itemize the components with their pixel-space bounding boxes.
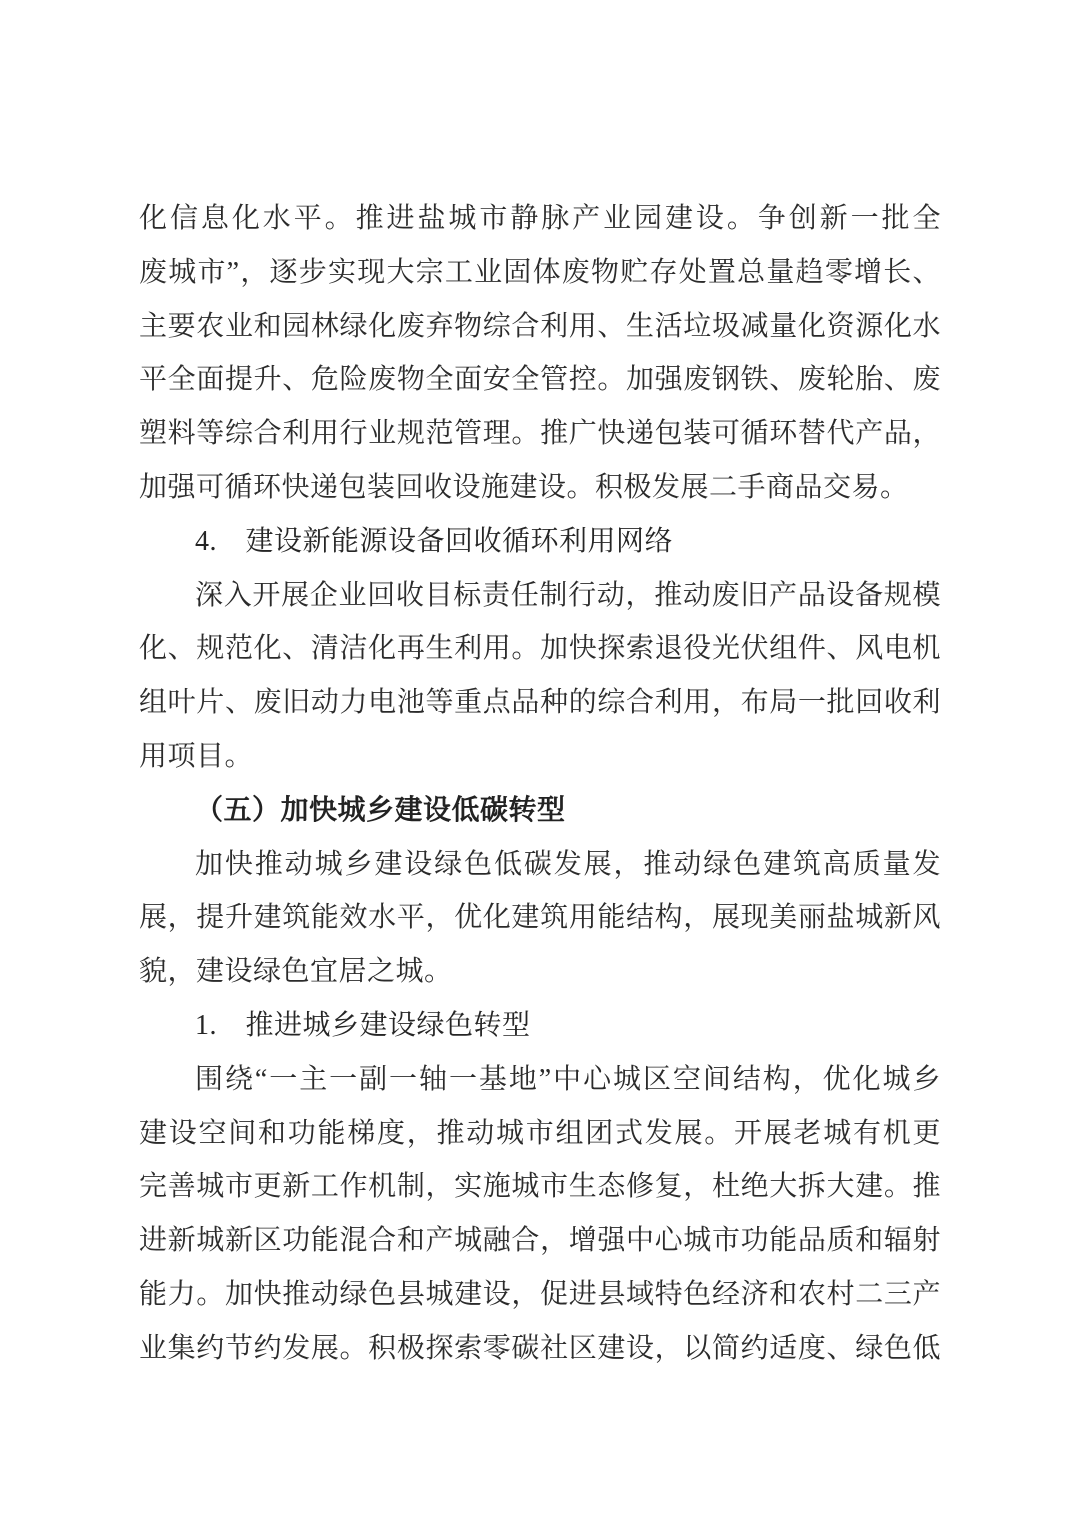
text-line: 业集约节约发展。积极探索零碳社区建设，以简约适度、绿色低 — [139, 1322, 941, 1376]
text-line: 貌，建设绿色宜居之城。 — [139, 945, 941, 999]
text-line: 用项目。 — [139, 730, 941, 784]
text-line: 加强可循环快递包装回收设施建设。积极发展二手商品交易。 — [139, 461, 941, 515]
text-line: 完善城市更新工作机制，实施城市生态修复，杜绝大拆大建。推 — [139, 1160, 941, 1214]
sub-heading: 1. 推进城乡建设绿色转型 — [139, 999, 941, 1053]
text-line: 化、规范化、清洁化再生利用。加快探索退役光伏组件、风电机 — [139, 622, 941, 676]
text-line: 加快推动城乡建设绿色低碳发展，推动绿色建筑高质量发 — [139, 838, 941, 892]
text-line: 组叶片、废旧动力电池等重点品种的综合利用，布局一批回收利 — [139, 676, 941, 730]
text-block: 化信息化水平。推进盐城市静脉产业园建设。争创新一批全国“无废城市”，逐步实现大宗… — [139, 192, 941, 1376]
sub-heading: 4. 建设新能源设备回收循环利用网络 — [139, 515, 941, 569]
text-line: 进新城新区功能混合和产城融合，增强中心城市功能品质和辐射 — [139, 1214, 941, 1268]
text-line: 主要农业和园林绿化废弃物综合利用、生活垃圾减量化资源化水 — [139, 300, 941, 354]
text-line: 围绕“一主一副一轴一基地”中心城区空间结构，优化城乡 — [139, 1053, 941, 1107]
text-line: 建设空间和功能梯度，推动城市组团式发展。开展老城有机更新， — [139, 1107, 941, 1161]
text-line: 废城市”，逐步实现大宗工业固体废物贮存处置总量趋零增长、 — [139, 246, 941, 300]
text-line: 能力。加快推动绿色县城建设，促进县域特色经济和农村二三产 — [139, 1268, 941, 1322]
text-line: 塑料等综合利用行业规范管理。推广快递包装可循环替代产品， — [139, 407, 941, 461]
document-page: 化信息化水平。推进盐城市静脉产业园建设。争创新一批全国“无废城市”，逐步实现大宗… — [0, 0, 1080, 1527]
text-line: 平全面提升、危险废物全面安全管控。加强废钢铁、废轮胎、废 — [139, 353, 941, 407]
section-heading: （五）加快城乡建设低碳转型 — [139, 784, 941, 838]
text-line: 化信息化水平。推进盐城市静脉产业园建设。争创新一批全国“无 — [139, 192, 941, 246]
text-line: 深入开展企业回收目标责任制行动，推动废旧产品设备规模 — [139, 569, 941, 623]
text-line: 展，提升建筑能效水平，优化建筑用能结构，展现美丽盐城新风 — [139, 891, 941, 945]
